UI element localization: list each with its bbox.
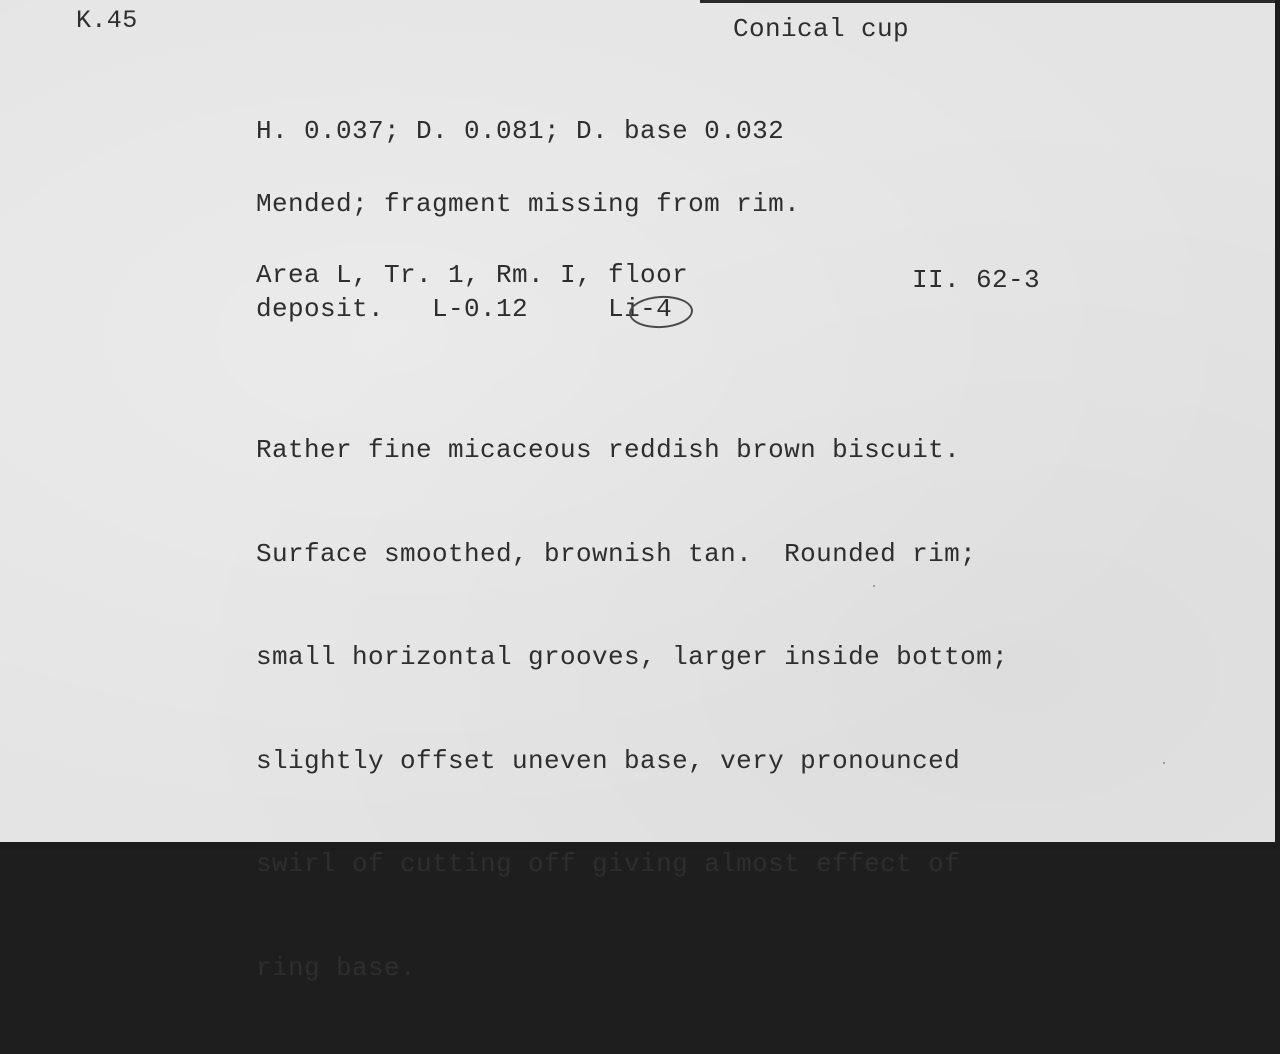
description-line: slightly offset uneven base, very pronou… [256,744,1008,779]
catalog-card: K.45 Conical cup H. 0.037; D. 0.081; D. … [0,0,1275,842]
provenance-line-1: Area L, Tr. 1, Rm. I, floor [256,258,688,292]
fabric-description: Rather fine micaceous reddish brown bisc… [256,364,1008,850]
object-title: Conical cup [733,12,909,46]
provenance-line-2-text: deposit. L-0.12 L [256,294,624,324]
paper-speck [1163,762,1165,764]
description-line: small horizontal grooves, larger inside … [256,640,1008,675]
publication-reference: II. 62-3 [912,263,1040,297]
description-line: Surface smoothed, brownish tan. Rounded … [256,537,1008,572]
card-top-edge-shadow [700,0,1280,3]
card-right-edge-shadow [1275,0,1280,850]
description-line: Rather fine micaceous reddish brown bisc… [256,433,1008,468]
circled-level-mark: i-4 [624,292,672,326]
dimensions: H. 0.037; D. 0.081; D. base 0.032 [256,114,784,148]
catalog-number: K.45 [76,4,138,38]
paper-speck [873,585,875,587]
provenance-line-2: deposit. L-0.12 Li-4 [256,292,672,326]
condition-note: Mended; fragment missing from rim. [256,187,800,221]
card-bottom-edge-shadow [0,842,1280,850]
